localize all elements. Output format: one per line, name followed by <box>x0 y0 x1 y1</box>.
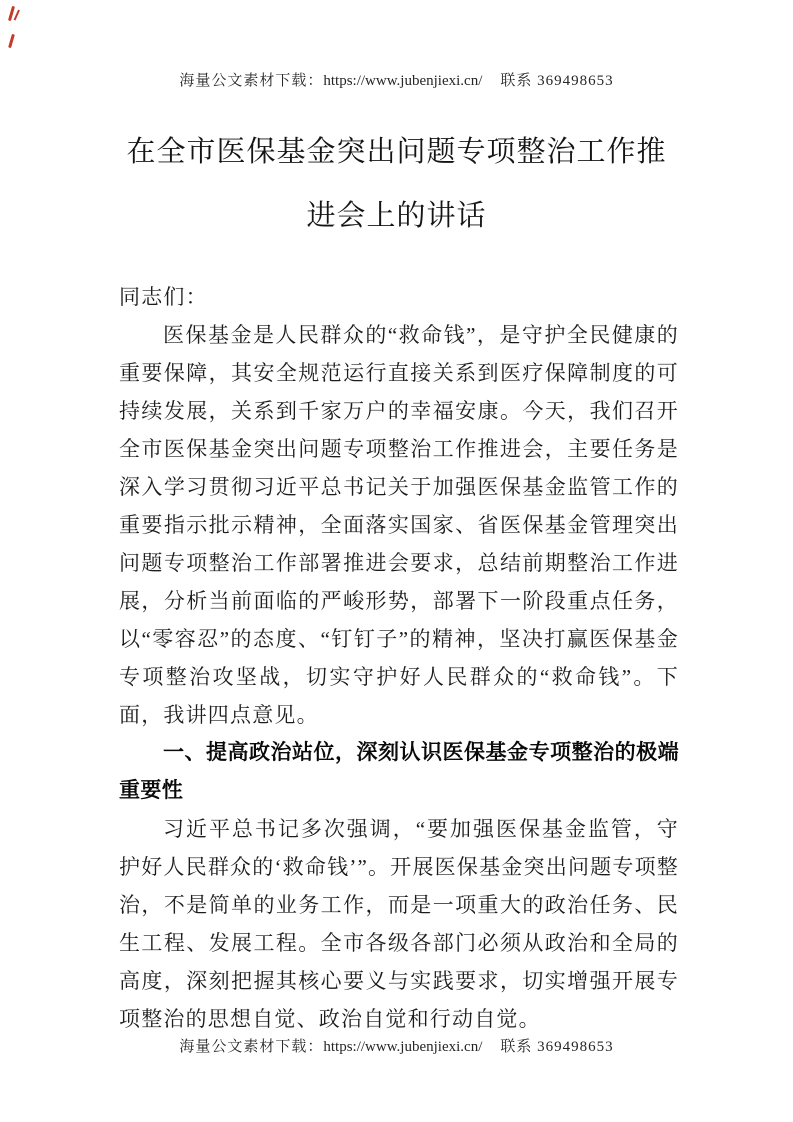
footer-contact: 联系 369498653 <box>500 1039 613 1055</box>
page-footer: 海量公文素材下载：https://www.jubenjiexi.cn/联系 36… <box>0 1037 793 1057</box>
document-title: 在全市医保基金突出问题专项整治工作推 进会上的讲话 <box>0 120 793 248</box>
red-mark-icon <box>8 6 15 21</box>
document-body: 同志们： 医保基金是人民群众的“救命钱”，是守护全民健康的重要保障，其安全规范运… <box>119 278 679 1038</box>
header-download-label: 海量公文素材下载： <box>179 73 323 89</box>
footer-download-label: 海量公文素材下载： <box>179 1039 323 1055</box>
page-header: 海量公文素材下载：https://www.jubenjiexi.cn/联系 36… <box>0 71 793 91</box>
paragraph-1: 医保基金是人民群众的“救命钱”，是守护全民健康的重要保障，其安全规范运行直接关系… <box>119 316 679 734</box>
header-site-link[interactable]: https://www.jubenjiexi.cn/ <box>323 73 482 89</box>
document-title-line-2: 进会上的讲话 <box>0 184 793 248</box>
document-page: 海量公文素材下载：https://www.jubenjiexi.cn/联系 36… <box>0 0 793 1122</box>
footer-site-link[interactable]: https://www.jubenjiexi.cn/ <box>323 1039 482 1055</box>
red-mark-icon <box>8 34 15 48</box>
paragraph-2: 习近平总书记多次强调，“要加强医保基金监管，守护好人民群众的‘救命钱’”。开展医… <box>119 810 679 1038</box>
section-heading-1: 一、提高政治站位，深刻认识医保基金专项整治的极端重要性 <box>119 734 679 810</box>
header-contact: 联系 369498653 <box>500 73 613 89</box>
document-title-line-1: 在全市医保基金突出问题专项整治工作推 <box>0 120 793 184</box>
red-edge-artifact-marks <box>7 4 25 60</box>
salutation: 同志们： <box>119 278 679 316</box>
